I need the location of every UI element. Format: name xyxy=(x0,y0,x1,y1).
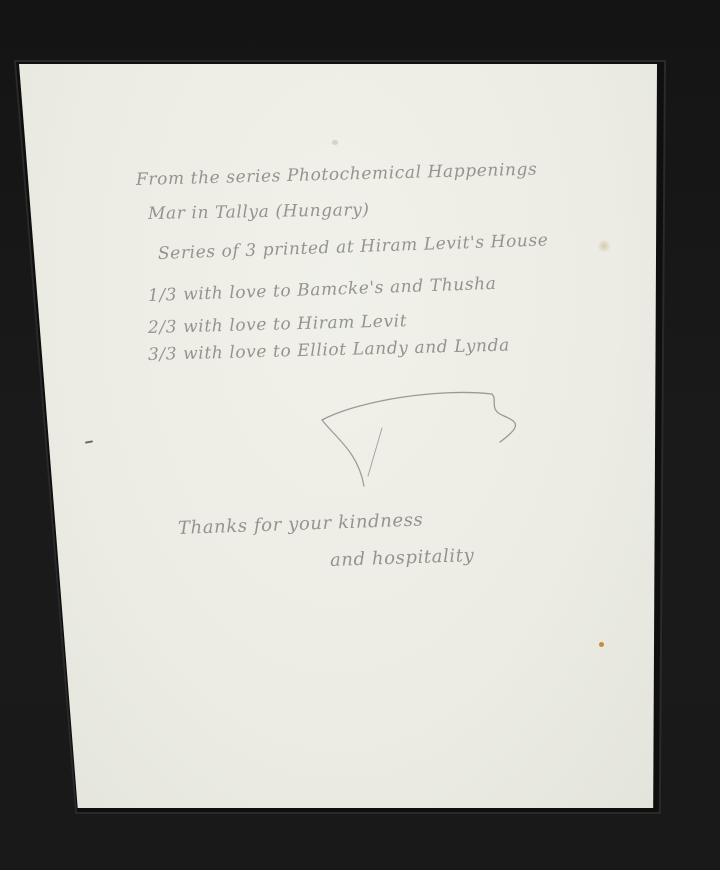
note-line-printed: Series of 3 printed at Hiram Levit's Hou… xyxy=(158,230,549,264)
closing-line-2: and hospitality xyxy=(330,545,475,571)
note-line-edition-1: 1/3 with love to Bamcke's and Thusha xyxy=(148,274,497,306)
note-line-location: Mar in Tallya (Hungary) xyxy=(148,200,370,224)
embossed-stamp xyxy=(150,770,290,796)
note-line-series: From the series Photochemical Happenings xyxy=(136,159,538,190)
note-line-edition-3: 3/3 with love to Elliot Landy and Lynda xyxy=(148,336,510,365)
paper-mark xyxy=(332,140,338,145)
paper-speck xyxy=(599,642,604,647)
handwritten-note: From the series Photochemical Happenings… xyxy=(0,0,720,870)
paper-stain xyxy=(598,240,610,252)
note-line-edition-2: 2/3 with love to Hiram Levit xyxy=(148,311,408,338)
closing-line-1: Thanks for your kindness xyxy=(178,509,424,539)
signature-icon xyxy=(300,380,540,500)
